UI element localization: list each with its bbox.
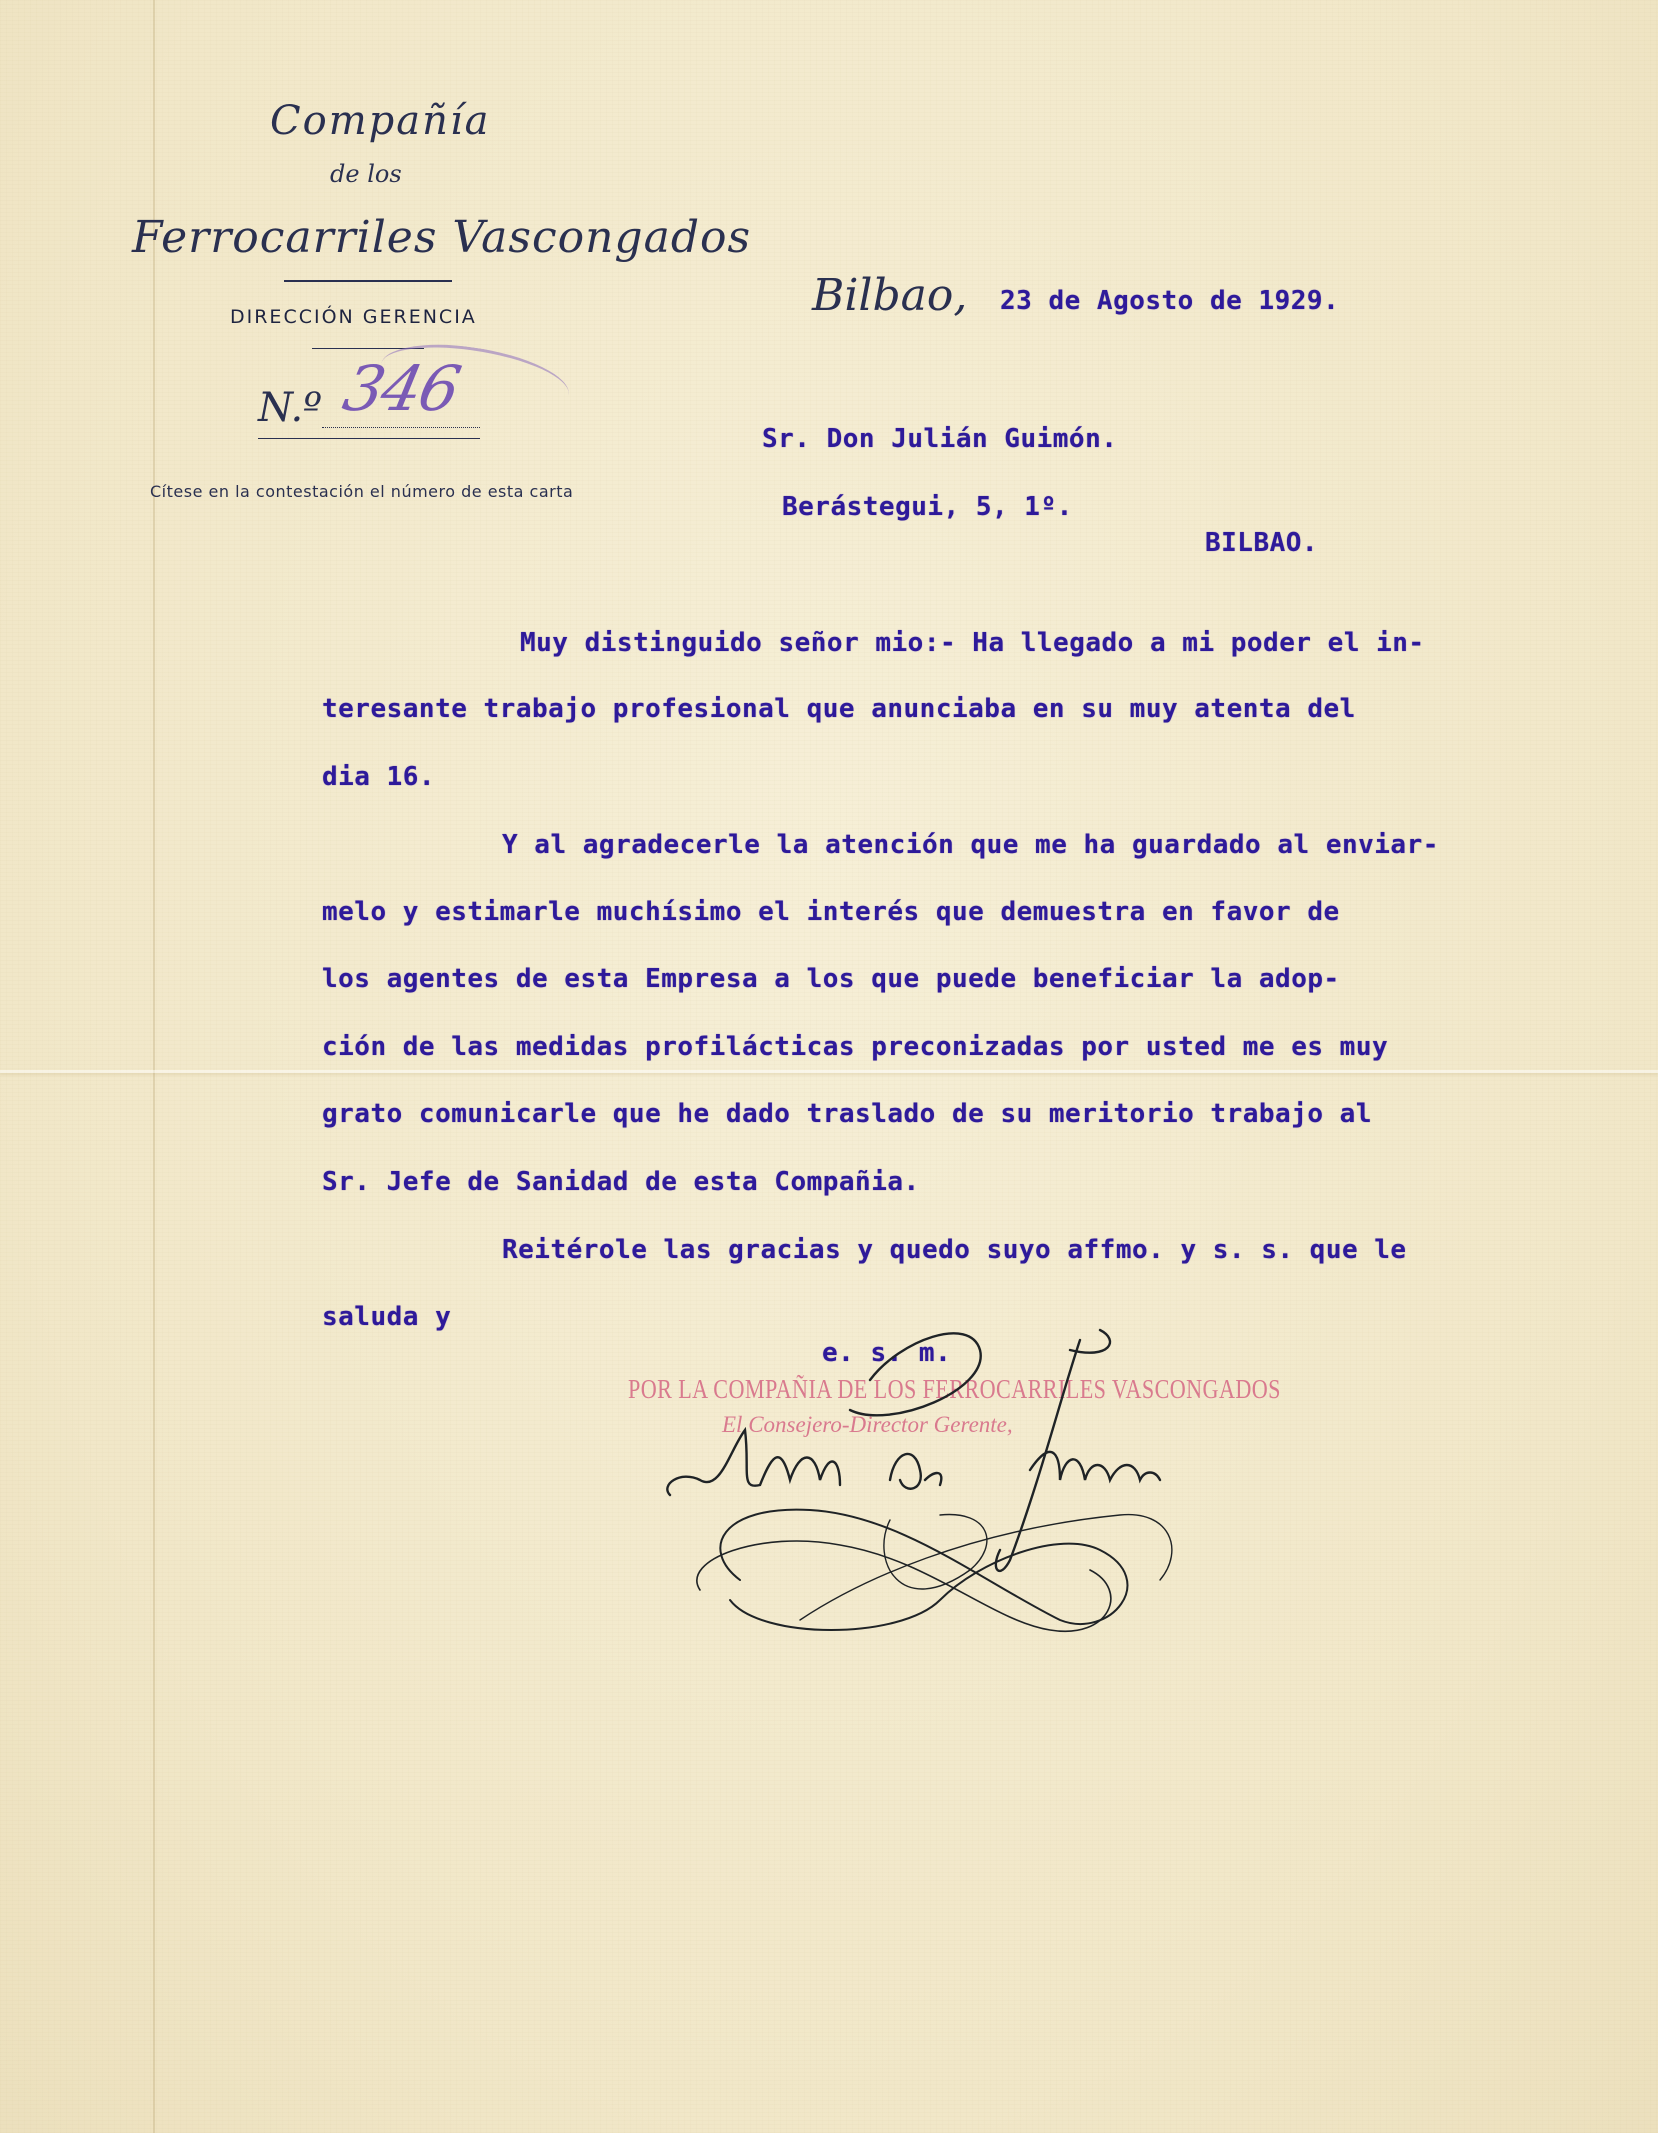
company-name-line3: Ferrocarriles Vascongados (132, 212, 751, 263)
letterhead-divider (284, 280, 452, 282)
date-place: Bilbao, (812, 270, 967, 321)
number-label: N.º (258, 385, 322, 431)
number-underline (258, 438, 480, 439)
body-line: Y al agradecerle la atención que me ha g… (502, 830, 1439, 860)
body-line: grato comunicarle que he dado traslado d… (322, 1099, 1372, 1129)
body-line: Reitérole las gracias y quedo suyo affmo… (502, 1235, 1407, 1265)
body-line: saluda y (322, 1302, 451, 1332)
body-line: dia 16. (322, 762, 435, 792)
department-label: DIRECCIÓN GERENCIA (230, 306, 477, 328)
body-line: los agentes de esta Empresa a los que pu… (322, 964, 1340, 994)
body-line: ción de las medidas profilácticas precon… (322, 1032, 1388, 1062)
recipient-city: BILBAO. (1205, 528, 1318, 558)
date-text: 23 de Agosto de 1929. (1000, 286, 1339, 316)
company-name-line1: Compañía (270, 98, 490, 144)
recipient-name: Sr. Don Julián Guimón. (762, 424, 1117, 454)
handwritten-signature (640, 1320, 1200, 1680)
company-name-line2: de los (330, 160, 402, 188)
number-dotted-line (322, 427, 480, 428)
body-line: Muy distinguido señor mio:- Ha llegado a… (520, 628, 1425, 658)
body-line: melo y estimarle muchísimo el interés qu… (322, 897, 1340, 927)
recipient-address: Berástegui, 5, 1º. (782, 492, 1073, 522)
body-line: Sr. Jefe de Sanidad de esta Compañia. (322, 1167, 920, 1197)
paper-fold-vertical (153, 0, 155, 2133)
citation-note: Cítese en la contestación el número de e… (150, 482, 573, 501)
paper-fold-horizontal (0, 1070, 1658, 1073)
body-line: teresante trabajo profesional que anunci… (322, 694, 1356, 724)
letter-number: 346 (337, 352, 465, 425)
